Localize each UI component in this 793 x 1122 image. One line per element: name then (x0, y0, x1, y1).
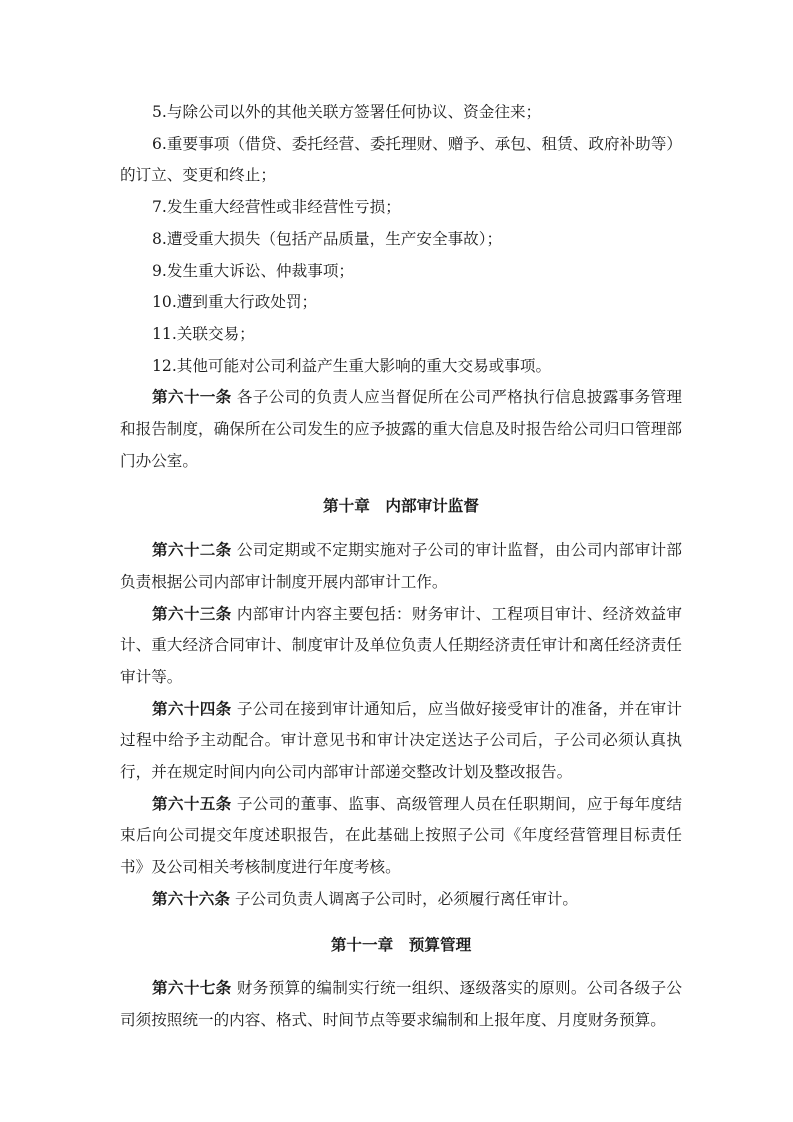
list-item: 8.遭受重大损失（包括产品质量，生产安全事故）； (120, 224, 682, 256)
chapter-heading: 第十章 内部审计监督 (120, 491, 682, 523)
article-61: 第六十一条 各子公司的负责人应当督促所在公司严格执行信息披露事务管理和报告制度，… (120, 382, 682, 477)
chapter-heading: 第十一章 预算管理 (120, 930, 682, 962)
article-label: 第六十三条 (152, 605, 232, 623)
list-item: 9.发生重大诉讼、仲裁事项； (120, 256, 682, 288)
article-label: 第六十六条 (152, 890, 230, 908)
article-65: 第六十五条 子公司的董事、监事、高级管理人员在任职期间，应于每年度结束后向公司提… (120, 789, 682, 884)
article-text: 子公司负责人调离子公司时，必须履行离任审计。 (230, 890, 578, 908)
list-item: 11.关联交易； (120, 319, 682, 351)
article-64: 第六十四条 子公司在接到审计通知后，应当做好接受审计的准备，并在审计过程中给予主… (120, 694, 682, 789)
list-item: 6.重要事项（借贷、委托经营、委托理财、赠予、承包、租赁、政府补助等）的订立、变… (120, 129, 682, 192)
article-63: 第六十三条 内部审计内容主要包括：财务审计、工程项目审计、经济效益审计、重大经济… (120, 599, 682, 694)
article-67: 第六十七条 财务预算的编制实行统一组织、逐级落实的原则。公司各级子公司须按照统一… (120, 973, 682, 1036)
article-66: 第六十六条 子公司负责人调离子公司时，必须履行离任审计。 (120, 884, 682, 916)
article-label: 第六十四条 (152, 700, 232, 718)
article-label: 第六十七条 (152, 979, 232, 997)
article-62: 第六十二条 公司定期或不定期实施对子公司的审计监督，由公司内部审计部负责根据公司… (120, 535, 682, 598)
list-item: 12.其他可能对公司利益产生重大影响的重大交易或事项。 (120, 351, 682, 383)
list-item: 7.发生重大经营性或非经营性亏损； (120, 192, 682, 224)
list-item: 5.与除公司以外的其他关联方签署任何协议、资金往来； (120, 97, 682, 129)
document-page: 5.与除公司以外的其他关联方签署任何协议、资金往来； 6.重要事项（借贷、委托经… (120, 97, 682, 1037)
list-item: 10.遭到重大行政处罚； (120, 287, 682, 319)
article-label: 第六十二条 (152, 541, 232, 559)
article-label: 第六十一条 (152, 388, 232, 406)
article-label: 第六十五条 (152, 795, 232, 813)
